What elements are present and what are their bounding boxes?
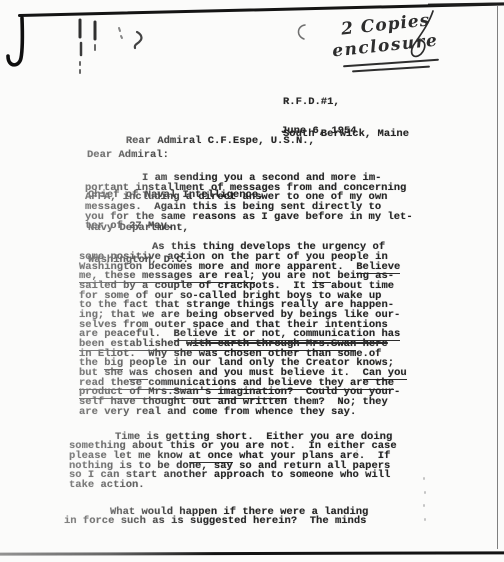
recipient-line: Rear Admiral C.F.Espe, U.S.N., June 6, 1…: [88, 126, 315, 169]
letter-date: June 6, 1954: [281, 126, 357, 137]
letter-line: messages. Again this is being sent direc…: [85, 201, 504, 211]
scan-dot: [423, 477, 425, 480]
paragraph: Time is getting short. Either you are do…: [69, 431, 504, 489]
letter-body: I am sending you a second and more im-po…: [0, 172, 504, 525]
letter-line: ing; that we are being observed by being…: [79, 309, 504, 319]
typed-text: are very real and come from whence they …: [79, 406, 356, 418]
typed-text: ter of 27 May.: [85, 220, 173, 232]
letter-line: so I can start another approach to someo…: [69, 469, 504, 479]
letter-line: but she was chosen and you must believe …: [79, 367, 504, 377]
scan-dot: [423, 504, 425, 507]
letter-line: read these communications and believe th…: [79, 377, 504, 387]
scan-dot: [424, 491, 426, 494]
note-underline-2: [352, 66, 430, 72]
hook-pen-mark: [135, 32, 142, 48]
letter-line: sailed by a couple of crackpots. It is a…: [79, 280, 504, 290]
letter-line: I am sending you a second and more im-: [85, 172, 504, 182]
letter-line: are very real and come from whence they …: [79, 406, 504, 416]
letter-line: Time is getting short. Either you are do…: [69, 431, 504, 441]
speck-marks: [119, 28, 122, 38]
letter-line: portant installment of messages from and…: [85, 182, 504, 192]
letter-line: are peaceful. Believe it or not, communi…: [79, 328, 504, 338]
letter-line: to the fact that strange things really a…: [79, 299, 504, 309]
letter-line: you for the same reasons as I gave befor…: [85, 211, 504, 221]
paragraph: As this thing develops the urgency ofsom…: [79, 241, 504, 415]
letter-line: nothing is to be done, say so and return…: [69, 460, 504, 470]
letter-line: the big people in our land only the Crea…: [79, 357, 504, 367]
bottom-border-line: [0, 551, 504, 556]
letter-line: As this thing develops the urgency of: [79, 241, 504, 251]
letter-line: AFFA, including a direct answer to one o…: [85, 191, 504, 201]
recipient-name: Rear Admiral C.F.Espe, U.S.N.,: [126, 135, 315, 147]
j-pen-mark: [8, 18, 22, 65]
letter-line: in Eliot. Why she was chosen other than …: [79, 348, 504, 358]
note-flourish-loop: [405, 10, 450, 66]
letter-line: me, these messages are real; you are not…: [79, 270, 504, 280]
letter-line: for some of our so-called bright boys to…: [79, 290, 504, 300]
letter-line: What would happen if there were a landin…: [64, 506, 504, 516]
scan-dot: [424, 518, 426, 521]
letter-line: some positive action on the part of you …: [79, 251, 504, 261]
top-border-cap: [428, 2, 504, 6]
paren-pen-mark: [294, 22, 308, 42]
letter-line: been established with earth through Mrs.…: [79, 338, 504, 348]
scan-dot: [356, 449, 358, 452]
letter-line: product of Mrs.Swan's imagination? Could…: [79, 386, 504, 396]
typed-text: in force such as is suggested herein? Th…: [64, 515, 366, 527]
paragraph: What would happen if there were a landin…: [64, 506, 504, 525]
letter-line: Washington becomes more and more apparen…: [79, 261, 504, 271]
letter-line: selves from outer space and that their i…: [79, 319, 504, 329]
letter-line: something about this or you are not. In …: [69, 440, 504, 450]
typed-text: take action.: [69, 479, 145, 491]
scanned-letter-page: 2 Copies enclosure R.F.D.#1, South Berwi…: [0, 0, 504, 562]
left-margin-pen-marks: [2, 10, 162, 82]
paragraph: I am sending you a second and more im-po…: [85, 172, 504, 230]
salutation: Dear Admiral:: [87, 149, 169, 161]
letter-line: in force such as is suggested herein? Th…: [64, 515, 504, 525]
letter-line: self have thought out and written them? …: [79, 396, 504, 406]
letter-line: please let me know at once what your pla…: [69, 450, 504, 460]
